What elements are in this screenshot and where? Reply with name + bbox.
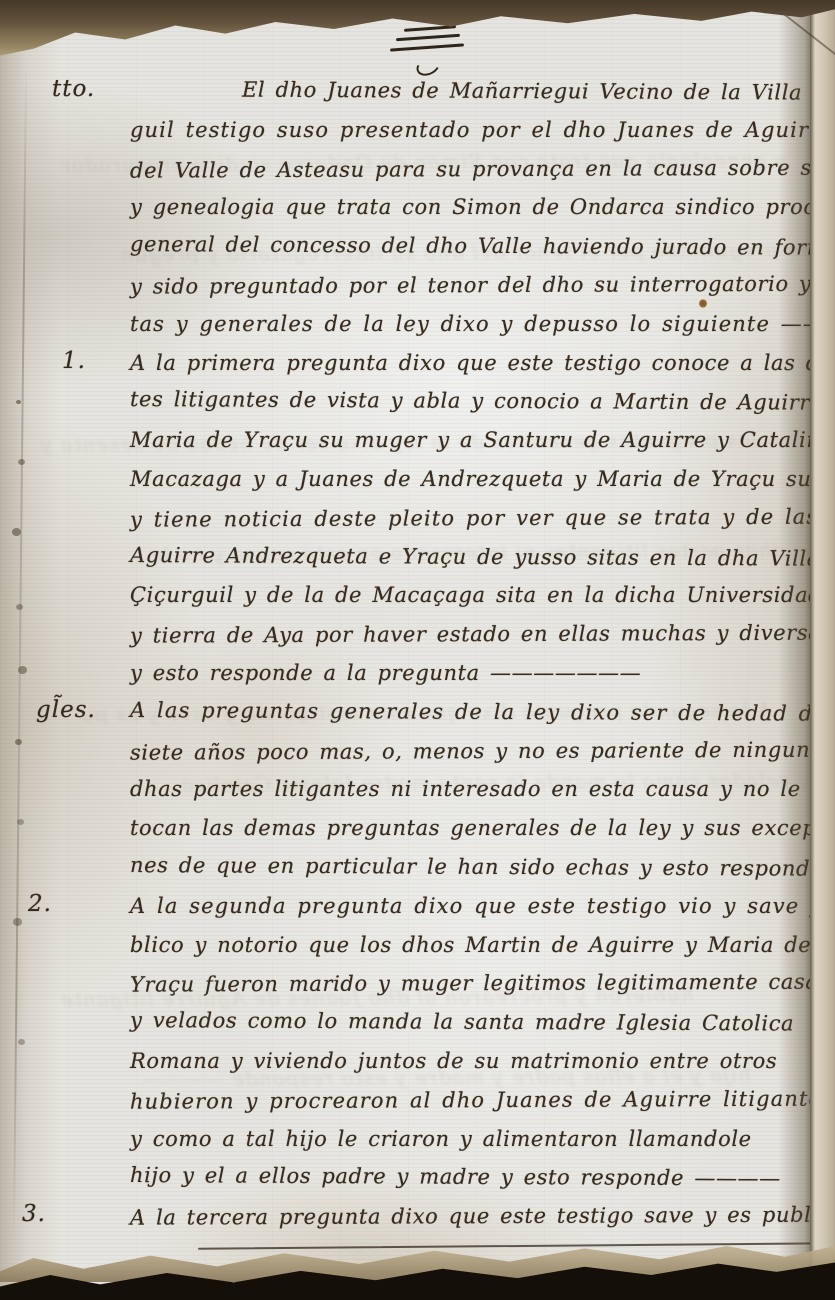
- manuscript-line: y como a tal hijo le criaron y alimentar…: [130, 1120, 835, 1159]
- manuscript-line: Maria de Yraçu su muger y a Santuru de A…: [130, 421, 835, 460]
- manuscript-line: siete años poco mas, o, menos y no es pa…: [130, 730, 835, 772]
- margin-mark: 3.: [22, 1201, 46, 1227]
- manuscript-line: y velados como lo manda la santa madre I…: [130, 1001, 835, 1044]
- manuscript-line: A la segunda pregunta dixo que este test…: [130, 887, 835, 926]
- margin-mark: gl̃es.: [36, 697, 96, 723]
- manuscript-line: A las preguntas generales de la ley dixo…: [130, 691, 835, 734]
- manuscript-line: y genealogia que trata con Simon de Onda…: [130, 188, 835, 227]
- right-fold-shadow: [778, 0, 810, 1300]
- manuscript-line: Macazaga y a Juanes de Andrezqueta y Mar…: [130, 460, 835, 499]
- manuscript-line: Aguirre Andrezqueta e Yraçu de yusso sit…: [130, 536, 835, 579]
- manuscript-line: tas y generales de la ley dixo y depusso…: [130, 305, 835, 344]
- manuscript-line: Yraçu fueron marido y muger legitimos le…: [130, 963, 835, 1005]
- manuscript-line: hijo y el a ellos padre y madre y esto r…: [130, 1156, 835, 1199]
- manuscript-line: A la tercera pregunta dixo que este test…: [130, 1195, 835, 1237]
- manuscript-line: hubieron y procrearon al dho Juanes de A…: [130, 1079, 835, 1121]
- margin-mark: 1.: [62, 348, 86, 374]
- manuscript-line: El dho Juanes de Mañarriegui Vecino de l…: [130, 70, 835, 113]
- manuscript-text-block: El dho Juanes de Mañarriegui Vecino de l…: [130, 72, 835, 1236]
- underlying-page-edge: [810, 0, 835, 1300]
- ink-blot-stain: [699, 299, 707, 308]
- manuscript-line: tes litigantes de vista y abla y conocio…: [130, 380, 835, 423]
- manuscript-line: del Valle de Asteasu para su provança en…: [130, 148, 835, 190]
- manuscript-line: blico y notorio que los dhos Martin de A…: [130, 926, 835, 965]
- manuscript-line: y tiene noticia deste pleito por ver que…: [130, 497, 835, 539]
- manuscript-line: A la primera pregunta dixo que este test…: [130, 344, 835, 383]
- manuscript-line: dhas partes litigantes ni interesado en …: [130, 770, 835, 809]
- manuscript-line: Çiçurguil y de la de Macaçaga sita en la…: [130, 576, 835, 615]
- margin-mark: tto.: [52, 76, 95, 102]
- manuscript-line: tocan las demas preguntas generales de l…: [130, 809, 835, 848]
- manuscript-line: guil testigo suso presentado por el dho …: [130, 111, 835, 150]
- manuscript-line: y sido preguntado por el tenor del dho s…: [130, 264, 835, 306]
- manuscript-line: y tierra de Aya por haver estado en ella…: [130, 613, 835, 655]
- manuscript-line: general del concesso del dho Valle havie…: [130, 225, 835, 268]
- manuscript-line: nes de que en particular le han sido ech…: [130, 846, 835, 889]
- manuscript-line: Romana y viviendo juntos de su matrimoni…: [130, 1042, 835, 1081]
- margin-mark: 2.: [28, 891, 52, 917]
- manuscript-line: y esto responde a la pregunta ———————: [130, 654, 835, 693]
- manuscript-scan: { "document": { "kind": "handwritten Spa…: [0, 0, 835, 1300]
- left-edge-specks: [16, 400, 21, 404]
